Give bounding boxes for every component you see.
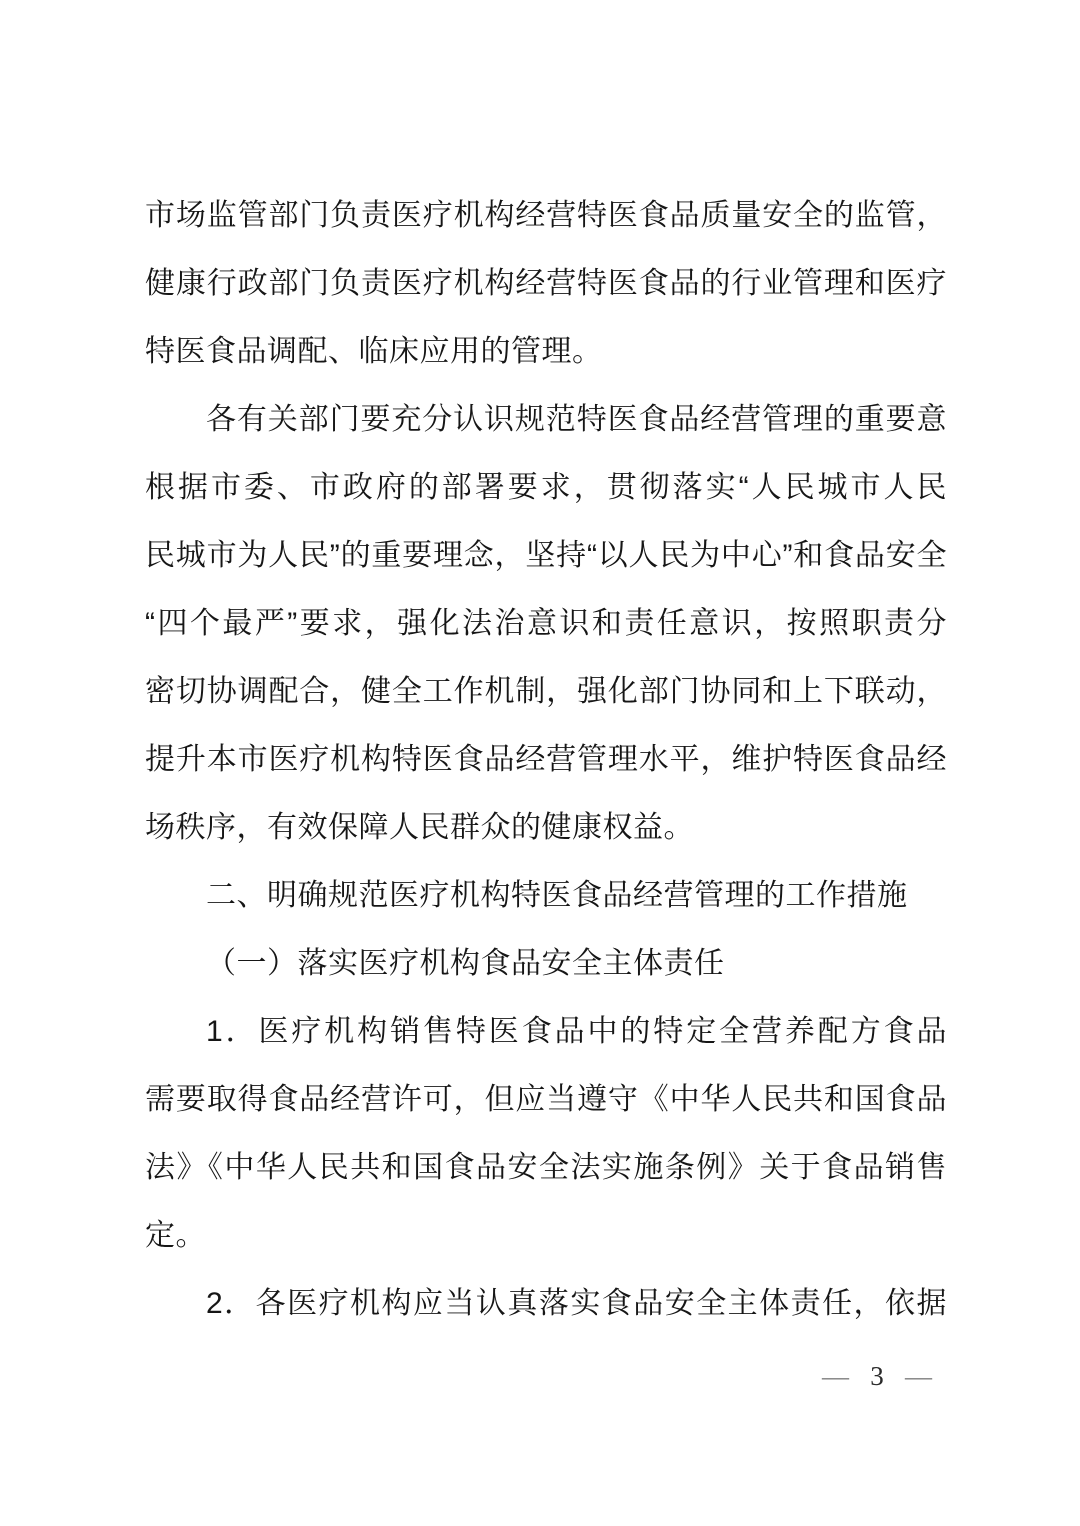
text-line: 场秩序，有效保障人民群众的健康权益。 — [145, 794, 947, 862]
text-line: 法》《中华人民共和国食品安全法实施条例》关于食品销售的规 — [145, 1134, 947, 1202]
text-line: 市场监管部门负责医疗机构经营特医食品质量安全的监管，卫生 — [145, 182, 947, 250]
text-line: “四个最严”要求，强化法治意识和责任意识，按照职责分工， — [145, 590, 947, 658]
text-line: 定。 — [145, 1202, 947, 1270]
page-content: 市场监管部门负责医疗机构经营特医食品质量安全的监管，卫生 健康行政部门负责医疗机… — [145, 182, 947, 1338]
document-page: 市场监管部门负责医疗机构经营特医食品质量安全的监管，卫生 健康行政部门负责医疗机… — [0, 0, 1080, 1526]
text-line: 提升本市医疗机构特医食品经营管理水平，维护特医食品经营市 — [145, 726, 947, 794]
text-line: 根据市委、市政府的部署要求，贯彻落实“人民城市人民建、人 — [145, 454, 947, 522]
text-line: 1．医疗机构销售特医食品中的特定全营养配方食品的，不 — [145, 998, 947, 1066]
subsection-heading: （一）落实医疗机构食品安全主体责任 — [145, 930, 947, 998]
page-number: 3 — [870, 1356, 884, 1396]
text-line: 健康行政部门负责医疗机构经营特医食品的行业管理和医疗机构 — [145, 250, 947, 318]
text-line: 特医食品调配、临床应用的管理。 — [145, 318, 947, 386]
text-line: 各有关部门要充分认识规范特医食品经营管理的重要意义， — [145, 386, 947, 454]
page-footer: — 3 — — [822, 1356, 932, 1396]
text-line: 密切协调配合，健全工作机制，强化部门协同和上下联动，不断 — [145, 658, 947, 726]
text-line: 2．各医疗机构应当认真落实食品安全主体责任，依据相关 — [145, 1270, 947, 1338]
text-line: 民城市为人民”的重要理念，坚持“以人民为中心”和食品安全 — [145, 522, 947, 590]
footer-dash-left: — — [822, 1356, 849, 1396]
footer-dash-right: — — [905, 1356, 932, 1396]
section-heading: 二、明确规范医疗机构特医食品经营管理的工作措施 — [145, 862, 947, 930]
text-line: 需要取得食品经营许可，但应当遵守《中华人民共和国食品安全 — [145, 1066, 947, 1134]
